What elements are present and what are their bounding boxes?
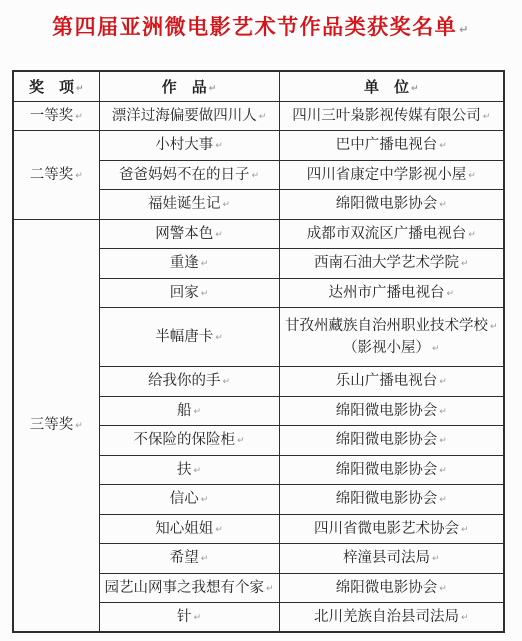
work-title: 福娃诞生记↵ — [102, 193, 277, 215]
work-cell: 信心↵ — [99, 485, 279, 515]
org-cell: 梓潼县司法局↵ — [279, 544, 504, 574]
line-break-mark: ↵ — [215, 230, 223, 240]
org-name: 四川省康定中学影视小屋↵ — [282, 164, 502, 186]
line-break-mark: ↵ — [461, 613, 469, 623]
line-break-mark: ↵ — [259, 112, 267, 122]
page-title-text: 第四届亚洲微电影艺术节作品类获奖名单 — [52, 15, 457, 39]
org-name-text: 乐山广播电视台 — [336, 373, 438, 389]
line-break-mark: ↵ — [468, 171, 476, 181]
org-cell: 四川三叶枭影视传媒有限公司↵ — [279, 101, 504, 131]
org-name: 绵阳微电影协会↵ — [282, 193, 502, 215]
org-name-text: 绵阳微电影协会 — [336, 491, 438, 507]
work-title: 希望↵ — [102, 547, 277, 569]
line-break-mark: ↵ — [251, 171, 259, 181]
work-title-text: 重逢 — [170, 255, 199, 271]
org-name: 甘孜州藏族自治州职业技术学校↵ — [282, 315, 502, 337]
work-title: 半幅唐卡↵ — [102, 326, 277, 348]
award-table: 奖 项↵ 作 品↵ 单 位↵ 一等奖↵漂洋过海偏要做四川人↵四川三叶枭影视传媒有… — [12, 70, 505, 633]
award-label: 二等奖↵ — [16, 164, 97, 186]
work-cell: 不保险的保险柜↵ — [99, 426, 279, 456]
line-break-mark: ↵ — [201, 554, 209, 564]
page-title: 第四届亚洲微电影艺术节作品类获奖名单↵ — [0, 11, 522, 41]
org-cell: 巴中广播电视台↵ — [279, 131, 504, 161]
org-name: 四川省微电影艺术协会↵ — [282, 518, 502, 540]
line-break-mark: ↵ — [209, 84, 217, 94]
org-name-text: 绵阳微电影协会 — [336, 196, 438, 212]
org-name-text: 绵阳微电影协会 — [336, 403, 438, 419]
work-title: 回家↵ — [102, 282, 277, 304]
work-title: 网警本色↵ — [102, 223, 277, 245]
org-name-text: 绵阳微电影协会 — [336, 462, 438, 478]
work-title-text: 福娃诞生记 — [148, 196, 221, 212]
line-break-mark: ↵ — [215, 525, 223, 535]
org-name: 绵阳微电影协会↵ — [282, 488, 502, 510]
work-title: 给我你的手↵ — [102, 370, 277, 392]
org-name: （影视小屋）↵ — [282, 337, 502, 359]
work-title-text: 园艺山网事之我想有个家 — [104, 580, 264, 596]
work-cell: 希望↵ — [99, 544, 279, 574]
work-title-text: 知心姐姐 — [155, 521, 213, 537]
work-cell: 知心姐姐↵ — [99, 514, 279, 544]
award-cell-first-prize: 一等奖↵ — [13, 101, 99, 131]
org-name-text: 四川省微电影艺术协会 — [314, 521, 459, 537]
line-break-mark: ↵ — [432, 344, 440, 354]
org-name-text: （影视小屋） — [343, 340, 430, 356]
table-row: 二等奖↵小村大事↵巴中广播电视台↵ — [13, 131, 504, 161]
table-row: 三等奖↵网警本色↵成都市双流区广播电视台↵ — [13, 219, 504, 249]
work-title: 知心姐姐↵ — [102, 518, 277, 540]
org-name: 四川三叶枭影视传媒有限公司↵ — [282, 105, 502, 127]
org-name: 成都市双流区广播电视台↵ — [282, 223, 502, 245]
work-title-text: 信心 — [170, 491, 199, 507]
org-cell: 绵阳微电影协会↵ — [279, 573, 504, 603]
org-name-text: 绵阳微电影协会 — [336, 432, 438, 448]
org-cell: 四川省康定中学影视小屋↵ — [279, 160, 504, 190]
work-title-text: 小村大事 — [155, 137, 213, 153]
work-cell: 扶↵ — [99, 455, 279, 485]
work-cell: 半幅唐卡↵ — [99, 308, 279, 367]
org-name: 绵阳微电影协会↵ — [282, 429, 502, 451]
org-cell: 绵阳微电影协会↵ — [279, 396, 504, 426]
org-cell: 绵阳微电影协会↵ — [279, 190, 504, 220]
header-work: 作 品↵ — [99, 71, 279, 101]
work-title: 小村大事↵ — [102, 134, 277, 156]
org-name-text: 梓潼县司法局 — [343, 550, 430, 566]
org-name: 绵阳微电影协会↵ — [282, 400, 502, 422]
org-cell: 绵阳微电影协会↵ — [279, 485, 504, 515]
line-break-mark: ↵ — [193, 613, 201, 623]
line-break-mark: ↵ — [411, 84, 419, 94]
org-name: 绵阳微电影协会↵ — [282, 459, 502, 481]
org-name-text: 西南石油大学艺术学院 — [314, 255, 459, 271]
award-label-text: 一等奖 — [30, 108, 74, 124]
line-break-mark: ↵ — [201, 495, 209, 505]
org-name: 北川羌族自治县司法局↵ — [282, 606, 502, 628]
org-cell: 四川省微电影艺术协会↵ — [279, 514, 504, 544]
work-title: 针↵ — [102, 606, 277, 628]
work-cell: 爸爸妈妈不在的日子↵ — [99, 160, 279, 190]
work-title-text: 回家 — [170, 285, 199, 301]
work-cell: 网警本色↵ — [99, 219, 279, 249]
award-table-body: 一等奖↵漂洋过海偏要做四川人↵四川三叶枭影视传媒有限公司↵二等奖↵小村大事↵巴中… — [13, 101, 504, 632]
org-name-text: 北川羌族自治县司法局 — [314, 609, 459, 625]
work-title-text: 船 — [177, 403, 192, 419]
work-title: 扶↵ — [102, 459, 277, 481]
header-work-text: 作 品 — [162, 80, 207, 96]
org-name: 巴中广播电视台↵ — [282, 134, 502, 156]
work-title-text: 给我你的手 — [148, 373, 221, 389]
line-break-mark: ↵ — [439, 436, 447, 446]
org-cell: 绵阳微电影协会↵ — [279, 426, 504, 456]
org-name-text: 成都市双流区广播电视台 — [307, 226, 467, 242]
line-break-mark: ↵ — [439, 407, 447, 417]
line-break-mark: ↵ — [193, 407, 201, 417]
line-break-mark: ↵ — [201, 259, 209, 269]
award-label-text: 三等奖 — [30, 417, 74, 433]
line-break-mark: ↵ — [459, 23, 470, 36]
line-break-mark: ↵ — [201, 289, 209, 299]
work-cell: 给我你的手↵ — [99, 367, 279, 397]
work-title: 园艺山网事之我想有个家↵ — [102, 577, 277, 599]
work-title-text: 爸爸妈妈不在的日子 — [119, 167, 250, 183]
work-title-text: 扶 — [177, 462, 192, 478]
work-title: 船↵ — [102, 400, 277, 422]
work-title: 不保险的保险柜↵ — [102, 429, 277, 451]
line-break-mark: ↵ — [439, 377, 447, 387]
org-cell: 北川羌族自治县司法局↵ — [279, 603, 504, 633]
work-cell: 回家↵ — [99, 278, 279, 308]
line-break-mark: ↵ — [446, 289, 454, 299]
line-break-mark: ↵ — [76, 84, 84, 94]
table-row: 一等奖↵漂洋过海偏要做四川人↵四川三叶枭影视传媒有限公司↵ — [13, 101, 504, 131]
line-break-mark: ↵ — [215, 141, 223, 151]
award-label-text: 二等奖 — [30, 167, 74, 183]
work-cell: 小村大事↵ — [99, 131, 279, 161]
line-break-mark: ↵ — [222, 200, 230, 210]
line-break-mark: ↵ — [222, 377, 230, 387]
line-break-mark: ↵ — [75, 112, 83, 122]
document-page: 第四届亚洲微电影艺术节作品类获奖名单↵ 奖 项↵ 作 品↵ 单 位↵ 一等奖↵漂… — [0, 0, 522, 641]
org-name-text: 巴中广播电视台 — [336, 137, 438, 153]
org-name-text: 绵阳微电影协会 — [336, 580, 438, 596]
work-cell: 船↵ — [99, 396, 279, 426]
header-award-text: 奖 项 — [29, 80, 74, 96]
org-name: 乐山广播电视台↵ — [282, 370, 502, 392]
header-row: 奖 项↵ 作 品↵ 单 位↵ — [13, 71, 504, 101]
header-org-text: 单 位 — [364, 80, 409, 96]
award-cell-third-prize: 三等奖↵ — [13, 219, 99, 632]
org-name: 达州市广播电视台↵ — [282, 282, 502, 304]
line-break-mark: ↵ — [461, 525, 469, 535]
org-cell: 达州市广播电视台↵ — [279, 278, 504, 308]
work-title: 信心↵ — [102, 488, 277, 510]
line-break-mark: ↵ — [461, 259, 469, 269]
org-cell: 成都市双流区广播电视台↵ — [279, 219, 504, 249]
line-break-mark: ↵ — [483, 112, 491, 122]
award-label: 一等奖↵ — [16, 105, 97, 127]
award-label: 三等奖↵ — [16, 414, 97, 436]
org-cell: 绵阳微电影协会↵ — [279, 455, 504, 485]
org-cell: 乐山广播电视台↵ — [279, 367, 504, 397]
org-name: 梓潼县司法局↵ — [282, 547, 502, 569]
work-cell: 漂洋过海偏要做四川人↵ — [99, 101, 279, 131]
org-name-text: 四川三叶枭影视传媒有限公司 — [292, 108, 481, 124]
line-break-mark: ↵ — [266, 584, 274, 594]
work-title-text: 希望 — [170, 550, 199, 566]
work-cell: 针↵ — [99, 603, 279, 633]
work-title-text: 漂洋过海偏要做四川人 — [112, 108, 257, 124]
org-cell: 西南石油大学艺术学院↵ — [279, 249, 504, 279]
work-title-text: 半幅唐卡 — [155, 329, 213, 345]
header-org: 单 位↵ — [279, 71, 504, 101]
work-cell: 重逢↵ — [99, 249, 279, 279]
line-break-mark: ↵ — [193, 466, 201, 476]
work-title-text: 不保险的保险柜 — [133, 432, 235, 448]
line-break-mark: ↵ — [439, 200, 447, 210]
work-title: 漂洋过海偏要做四川人↵ — [102, 105, 277, 127]
line-break-mark: ↵ — [490, 322, 498, 332]
line-break-mark: ↵ — [439, 466, 447, 476]
line-break-mark: ↵ — [432, 554, 440, 564]
line-break-mark: ↵ — [237, 436, 245, 446]
org-cell: 甘孜州藏族自治州职业技术学校↵（影视小屋）↵ — [279, 308, 504, 367]
work-cell: 福娃诞生记↵ — [99, 190, 279, 220]
work-title: 爸爸妈妈不在的日子↵ — [102, 164, 277, 186]
org-name: 西南石油大学艺术学院↵ — [282, 252, 502, 274]
line-break-mark: ↵ — [468, 230, 476, 240]
org-name-text: 达州市广播电视台 — [328, 285, 444, 301]
line-break-mark: ↵ — [439, 495, 447, 505]
award-cell-second-prize: 二等奖↵ — [13, 131, 99, 220]
line-break-mark: ↵ — [75, 421, 83, 431]
line-break-mark: ↵ — [215, 333, 223, 343]
header-award: 奖 项↵ — [13, 71, 99, 101]
org-name-text: 甘孜州藏族自治州职业技术学校 — [285, 318, 488, 334]
work-title: 重逢↵ — [102, 252, 277, 274]
org-name-text: 四川省康定中学影视小屋 — [307, 167, 467, 183]
line-break-mark: ↵ — [439, 141, 447, 151]
org-name: 绵阳微电影协会↵ — [282, 577, 502, 599]
line-break-mark: ↵ — [439, 584, 447, 594]
work-cell: 园艺山网事之我想有个家↵ — [99, 573, 279, 603]
work-title-text: 网警本色 — [155, 226, 213, 242]
line-break-mark: ↵ — [75, 171, 83, 181]
work-title-text: 针 — [177, 609, 192, 625]
